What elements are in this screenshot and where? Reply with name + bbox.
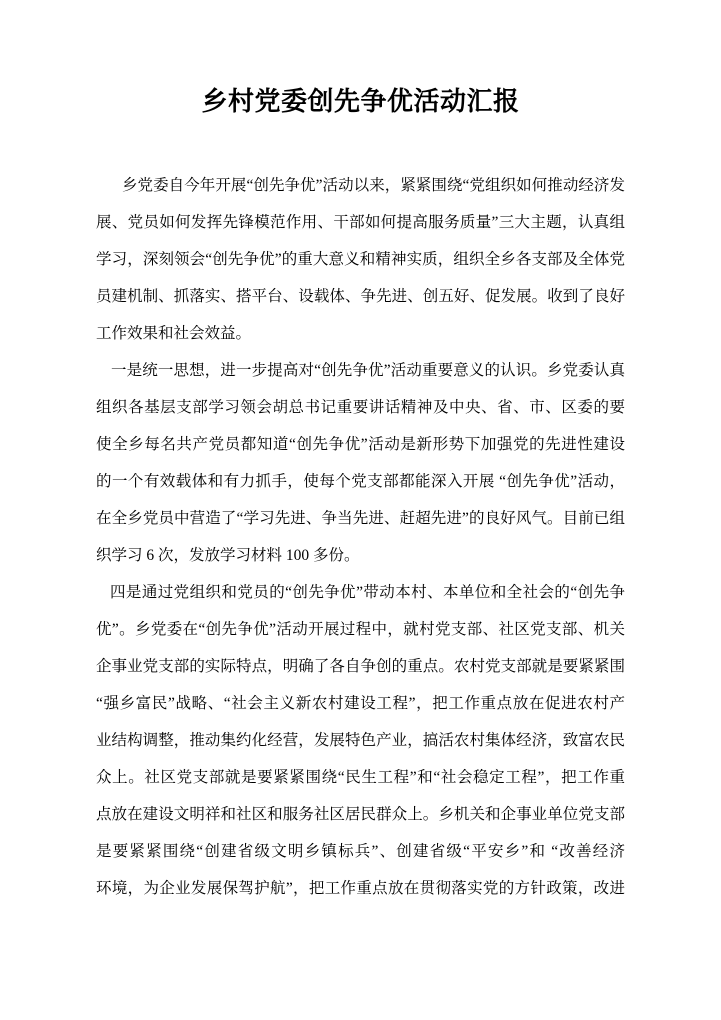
text-line: 组织各基层支部学习领会胡总书记重要讲话精神及中央、省、市、区委的要求， xyxy=(96,389,625,426)
text-line: 工作效果和社会效益。 xyxy=(96,315,625,352)
text-line: 织学习 6 次，发放学习材料 100 多份。 xyxy=(96,537,625,574)
text-line: 优”。乡党委在“创先争优”活动开展过程中，就村党支部、社区党支部、机关 xyxy=(96,611,625,648)
paragraph: 乡党委自今年开展“创先争优”活动以来，紧紧围绕“党组织如何推动经济发展、党员如何… xyxy=(96,167,625,352)
text-line: 是要紧紧围绕“创建省级文明乡镇标兵”、创建省级“平安乡”和 “改善经济 xyxy=(96,833,625,870)
document-title: 乡村党委创先争优活动汇报 xyxy=(0,85,721,119)
text-line: 在全乡党员中营造了“学习先进、争当先进、赶超先进”的良好风气。目前已组 xyxy=(96,500,625,537)
paragraph: 一是统一思想，进一步提高对“创先争优”活动重要意义的认识。乡党委认真组织各基层支… xyxy=(96,352,625,574)
text-line: 展、党员如何发挥先锋模范作用、干部如何提高服务质量”三大主题，认真组织 xyxy=(96,204,625,241)
paragraph: 四是通过党组织和党员的“创先争优”带动本村、本单位和全社会的“创先争优”。乡党委… xyxy=(96,574,625,907)
document-body: 乡党委自今年开展“创先争优”活动以来，紧紧围绕“党组织如何推动经济发展、党员如何… xyxy=(96,167,625,907)
text-line: 一是统一思想，进一步提高对“创先争优”活动重要意义的认识。乡党委认真 xyxy=(96,352,625,389)
text-line: 四是通过党组织和党员的“创先争优”带动本村、本单位和全社会的“创先争 xyxy=(96,574,625,611)
text-line: 学习，深刻领会“创先争优”的重大意义和精神实质，组织全乡各支部及全体党 xyxy=(96,241,625,278)
text-line: 环境，为企业发展保驾护航”，把工作重点放在贯彻落实党的方针政策，改进工 xyxy=(96,870,625,907)
text-line: 点放在建设文明祥和社区和服务社区居民群众上。乡机关和企事业单位党支部就 xyxy=(96,796,625,833)
text-line: 业结构调整，推动集约化经营，发展特色产业，搞活农村集体经济，致富农民群 xyxy=(96,722,625,759)
text-line: 使全乡每名共产党员都知道“创先争优”活动是新形势下加强党的先进性建设 xyxy=(96,426,625,463)
text-line: 的一个有效载体和有力抓手，使每个党支部都能深入开展 “创先争优”活动， xyxy=(96,463,625,500)
text-line: “强乡富民”战略、“社会主义新农村建设工程”，把工作重点放在促进农村产 xyxy=(96,685,625,722)
document-page: 乡村党委创先争优活动汇报 乡党委自今年开展“创先争优”活动以来，紧紧围绕“党组织… xyxy=(0,0,721,1020)
text-line: 员建机制、抓落实、搭平台、设载体、争先进、创五好、促发展。收到了良好的 xyxy=(96,278,625,315)
text-line: 企事业党支部的实际特点，明确了各自争创的重点。农村党支部就是要紧紧围绕 xyxy=(96,648,625,685)
text-line: 众上。社区党支部就是要紧紧围绕“民生工程”和“社会稳定工程”，把工作重 xyxy=(96,759,625,796)
text-line: 乡党委自今年开展“创先争优”活动以来，紧紧围绕“党组织如何推动经济发 xyxy=(96,167,625,204)
